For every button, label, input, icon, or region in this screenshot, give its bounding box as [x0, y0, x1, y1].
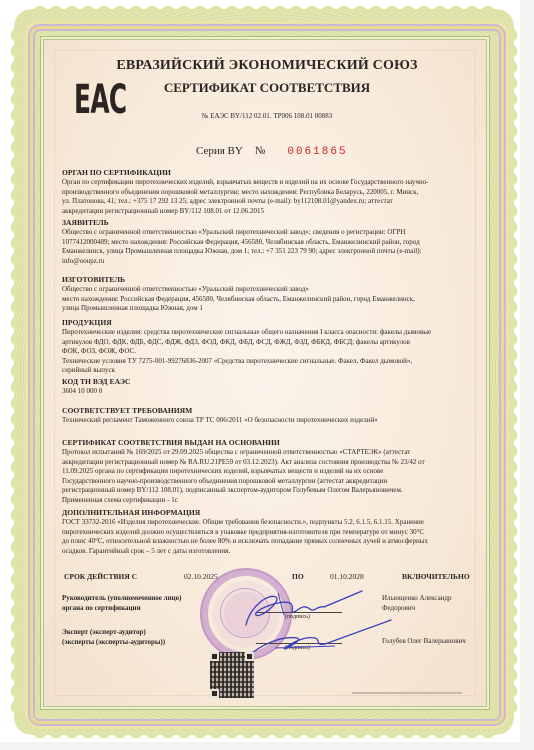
head-signatory-label: Руководитель (уполномоченное лицо) орган… [62, 594, 181, 613]
section-title: ДОПОЛНИТЕЛЬНАЯ ИНФОРМАЦИЯ [62, 508, 472, 518]
section-body: Орган по сертификации пиротехнических из… [62, 178, 472, 216]
blank-number: 0061865 [287, 146, 347, 158]
text-line: Еманжелинск, улица Промышленная площадка… [62, 247, 472, 257]
text-line: Технический регламент Таможенного союза … [62, 416, 472, 426]
expert-signatory-label: Эксперт (эксперт-аудитор) (эксперты (экс… [62, 628, 165, 647]
text-line: ГОСТ 33732-2016 «Изделия пиротехнические… [62, 518, 472, 528]
signatory-role-line: органа по сертификации [62, 604, 181, 614]
section-title: ИЗГОТОВИТЕЛЬ [62, 275, 472, 285]
section-certification-body: ОРГАН ПО СЕРТИФИКАЦИИ Орган по сертифика… [62, 168, 472, 216]
text-line: регистрационный номер BY/112 108.01), по… [62, 486, 472, 496]
series-label: Серия BY [196, 145, 243, 157]
text-line: Общество с ограниченной ответственностью… [62, 285, 472, 295]
union-heading: ЕВРАЗИЙСКИЙ ЭКОНОМИЧЕСКИЙ СОЮЗ [62, 58, 472, 74]
head-signatory-name: Ильющенко Александр Федорович [382, 594, 452, 613]
text-line: место нахождения: Российская Федерация, … [62, 295, 472, 305]
section-hs-code: КОД ТН ВЭД ЕАЭС 3604 10 000 0 [62, 377, 472, 397]
qr-finder-pattern [210, 689, 219, 698]
scallop-edge-bottom [32, 731, 496, 743]
text-line: аккредитации регистрационный номер № RA.… [62, 458, 472, 468]
qr-finder-pattern [245, 652, 254, 661]
section-body: ГОСТ 33732-2016 «Изделия пиротехнические… [62, 518, 472, 556]
signatory-role-line: Руководитель (уполномоченное лицо) [62, 594, 181, 604]
validity-to-date: 01.10.2028 [330, 572, 364, 581]
section-title: СООТВЕТСТВУЕТ ТРЕБОВАНИЯМ [62, 406, 472, 416]
text-line: 11.09.2025 органа по сертификации пироте… [62, 467, 472, 477]
section-title: КОД ТН ВЭД ЕАЭС [62, 377, 472, 387]
section-basis: СЕРТИФИКАТ СООТВЕТСТВИЯ ВЫДАН НА ОСНОВАН… [62, 438, 472, 506]
series-row: Серия BY № 0061865 [196, 145, 348, 158]
scallop-edge-left [6, 27, 18, 717]
text-line: артикулов ФДО, ФДК, ФДБ, ФДС, ФДЖ, ФДЗ, … [62, 338, 472, 348]
text-line: Общество с ограниченной ответственностью… [62, 228, 472, 238]
validity-inclusive-label: ВКЛЮЧИТЕЛЬНО [402, 572, 470, 581]
text-line: аккредитации регистрационный номер BY/11… [62, 207, 472, 217]
text-line: 1077412000489; место нахождения: Российс… [62, 238, 472, 248]
section-title: ЗАЯВИТЕЛЬ [62, 218, 472, 228]
text-line: осадков. Гарантийный срок – 5 лет с даты… [62, 547, 472, 557]
section-body: Протокол испытаний № 169/2025 от 29.09.2… [62, 448, 472, 506]
text-line: серийный выпуск [62, 366, 472, 376]
section-body: Технический регламент Таможенного союза … [62, 416, 472, 426]
text-line: до плюс 40°C, относительной влажностью н… [62, 537, 472, 547]
text-line: Орган по сертификации пиротехнических из… [62, 178, 472, 188]
section-conforms: СООТВЕТСТВУЕТ ТРЕБОВАНИЯМ Технический ре… [62, 406, 472, 426]
number-sign: № [255, 145, 266, 157]
qr-code-icon[interactable] [210, 652, 254, 698]
qr-finder-pattern [210, 652, 219, 661]
validity-from-date: 02.10.2025 [184, 572, 218, 581]
expert-signature-icon [245, 618, 395, 658]
text-line: пиротехнических изделий должно осуществл… [62, 528, 472, 538]
text-line: Государственного научно-производственног… [62, 477, 472, 487]
scallop-edge-right [510, 27, 522, 717]
signatory-name-line: Ильющенко Александр [382, 594, 452, 604]
section-applicant: ЗАЯВИТЕЛЬ Общество с ограниченной ответс… [62, 218, 472, 266]
text-line: Протокол испытаний № 169/2025 от 29.09.2… [62, 448, 472, 458]
validity-from-label: СРОК ДЕЙСТВИЯ С [64, 572, 137, 581]
section-title: ПРОДУКЦИЯ [62, 318, 472, 328]
section-body: Пиротехнические изделия: средства пироте… [62, 328, 472, 376]
section-title: СЕРТИФИКАТ СООТВЕТСТВИЯ ВЫДАН НА ОСНОВАН… [62, 438, 472, 448]
text-line: производственного объединения порошковой… [62, 188, 472, 198]
signatory-name-line: Федорович [382, 604, 452, 614]
printer-imprint [352, 692, 462, 694]
validity-to-label: ПО [292, 572, 304, 581]
section-body: Общество с ограниченной ответственностью… [62, 228, 472, 266]
validity-period: СРОК ДЕЙСТВИЯ С 02.10.2025 ПО 01.10.2028… [62, 572, 472, 584]
signatory-role-line: Эксперт (эксперт-аудитор) [62, 628, 165, 638]
certificate-title: СЕРТИФИКАТ СООТВЕТСТВИЯ [62, 80, 472, 96]
signatory-role-line: (эксперты (эксперты-аудиторы)) [62, 638, 165, 648]
section-additional-info: ДОПОЛНИТЕЛЬНАЯ ИНФОРМАЦИЯ ГОСТ 33732-201… [62, 508, 472, 556]
section-body: 3604 10 000 0 [62, 387, 472, 397]
text-line: Технические условия ТУ 7275-001-99276836… [62, 357, 472, 367]
section-manufacturer: ИЗГОТОВИТЕЛЬ Общество с ограниченной отв… [62, 275, 472, 314]
section-product: ПРОДУКЦИЯ Пиротехнические изделия: средс… [62, 318, 472, 376]
section-title: ОРГАН ПО СЕРТИФИКАЦИИ [62, 168, 472, 178]
registration-number: № ЕАЭС BY/112 02.01. ТР006 108.01 00883 [62, 112, 472, 120]
text-line: Примененная схема сертификации - 1с [62, 496, 472, 506]
text-line: ФОК, ФОЗ, ФОЖ, ФОС. [62, 347, 472, 357]
applicant-email: info@ooupz.ru [62, 257, 472, 267]
text-line: улица Промышленная площадка Южная, дом 1 [62, 304, 472, 314]
section-body: Общество с ограниченной ответственностью… [62, 285, 472, 314]
hs-code-value: 3604 10 000 0 [62, 387, 472, 397]
text-line: Пиротехнические изделия: средства пироте… [62, 328, 472, 338]
text-line: ул. Платонова, 41; тел.: +375 17 292 13 … [62, 197, 472, 207]
